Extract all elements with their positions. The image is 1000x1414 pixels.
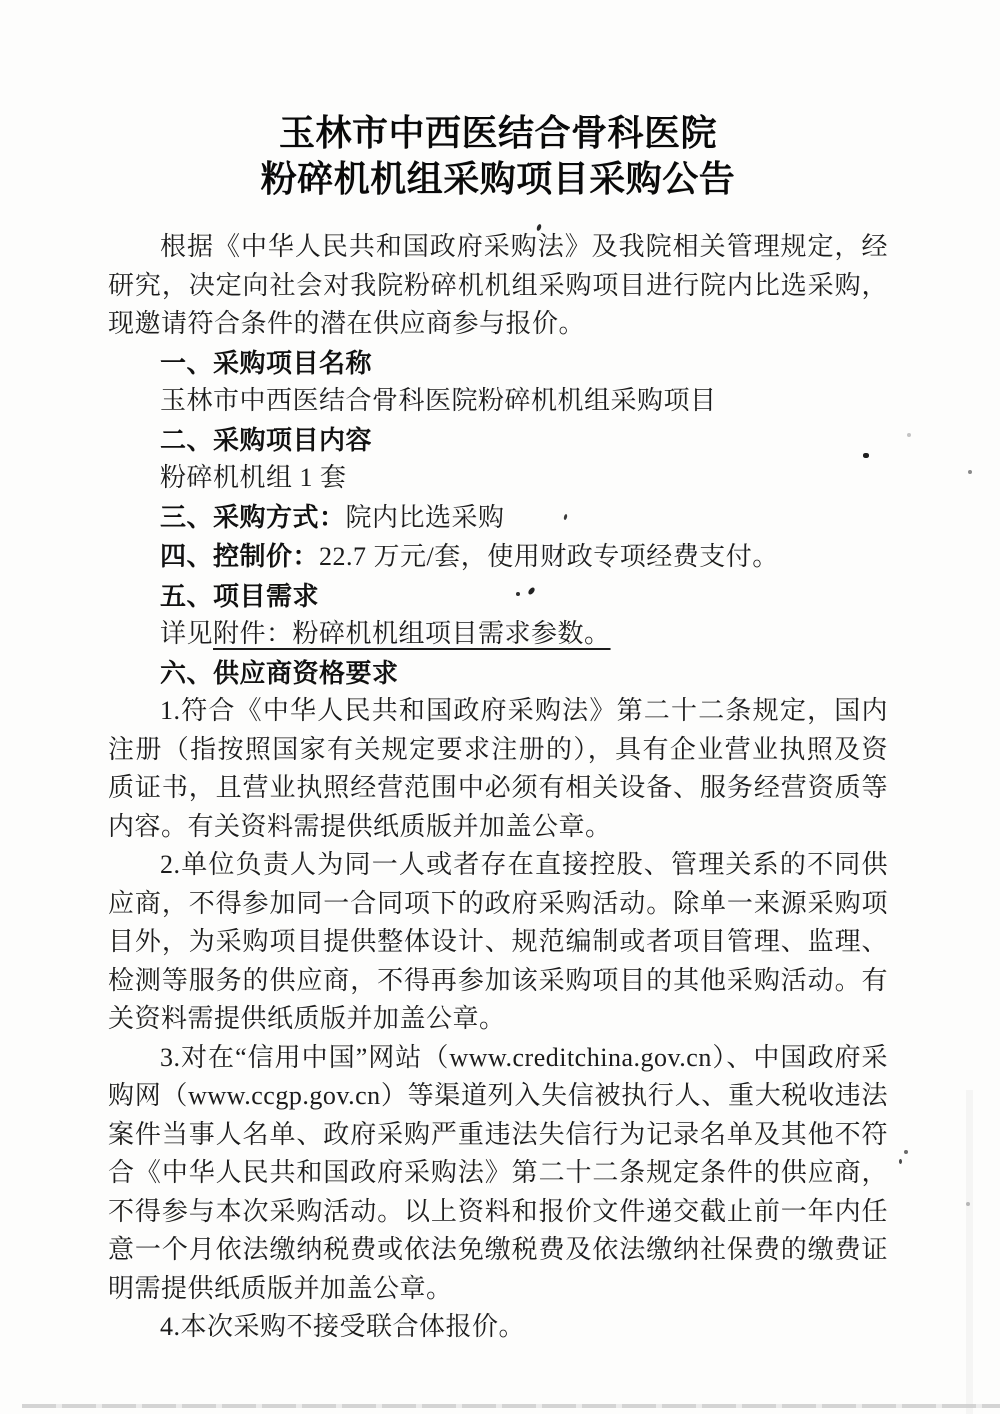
scan-speck: [968, 470, 972, 474]
section-2-heading: 二、采购项目内容: [108, 421, 888, 460]
scan-fold-streak: [966, 1090, 973, 1414]
scan-speck: [907, 433, 911, 437]
section-4-line: 四、控制价：22.7 万元/套，使用财政专项经费支付。: [108, 537, 888, 577]
qualification-item-1: 1.符合《中华人民共和国政府采购法》第二十二条规定，国内注册（指按照国家有关规定…: [108, 692, 888, 846]
qualification-item-4: 4.本次采购不接受联合体报价。: [108, 1308, 888, 1347]
intro-paragraph: 根据《中华人民共和国政府采购法》及我院相关管理规定，经研究，决定向社会对我院粉碎…: [108, 228, 888, 344]
section-4-label: 四、控制价：: [160, 541, 319, 571]
section-1-heading: 一、采购项目名称: [108, 344, 888, 383]
scan-speck: [863, 453, 869, 458]
scan-edge-line: [22, 1404, 1000, 1408]
section-1-body: 玉林市中西医结合骨科医院粉碎机机组采购项目: [108, 382, 888, 421]
scan-speck: [516, 592, 520, 596]
section-6-heading: 六、供应商资格要求: [108, 654, 888, 693]
title-line-1: 玉林市中西医结合骨科医院: [279, 112, 717, 153]
scan-speck: [899, 1159, 902, 1164]
attachment-reference: 附件：粉碎机机组项目需求参数。: [213, 619, 611, 648]
document-title: 玉林市中西医结合骨科医院 粉碎机机组采购项目采购公告: [108, 110, 888, 202]
announcement-document: 玉林市中西医结合骨科医院 粉碎机机组采购项目采购公告 根据《中华人民共和国政府采…: [0, 0, 1000, 1347]
section-5-line: 详见附件：粉碎机机组项目需求参数。: [108, 615, 888, 654]
attachment-prefix: 详见: [160, 619, 213, 648]
section-3-label: 三、采购方式：: [160, 502, 346, 532]
scanned-document-page: 玉林市中西医结合骨科医院 粉碎机机组采购项目采购公告 根据《中华人民共和国政府采…: [0, 0, 1000, 1414]
section-5-heading: 五、项目需求: [108, 577, 888, 616]
section-4-value: 22.7 万元/套，使用财政专项经费支付。: [319, 542, 779, 571]
qualification-item-2: 2.单位负责人为同一人或者存在直接控股、管理关系的不同供应商，不得参加同一合同项…: [108, 846, 888, 1039]
scan-speck: [904, 1150, 908, 1154]
section-2-body: 粉碎机机组 1 套: [108, 459, 888, 498]
title-line-2: 粉碎机机组采购项目采购公告: [261, 158, 736, 199]
section-3-line: 三、采购方式：院内比选采购: [108, 498, 888, 538]
qualification-item-3: 3.对在“信用中国”网站（www.creditchina.gov.cn）、中国政…: [108, 1039, 888, 1309]
document-body: 根据《中华人民共和国政府采购法》及我院相关管理规定，经研究，决定向社会对我院粉碎…: [108, 228, 888, 1347]
section-3-value: 院内比选采购: [346, 503, 505, 532]
